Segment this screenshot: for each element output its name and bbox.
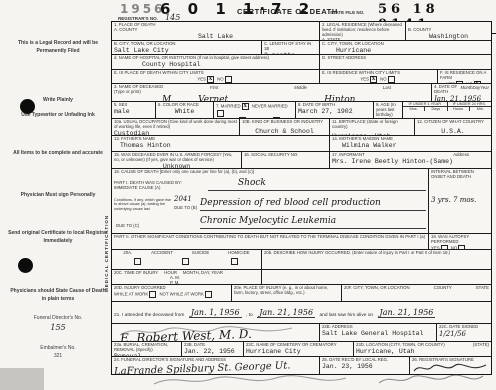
hole-punch-icon bbox=[20, 99, 35, 114]
field-industry: 10b. KIND OF BUSINESS OR INDUSTRY Church… bbox=[240, 119, 330, 135]
field-attendance-statement: 21. I attended the deceased from Jan. 1,… bbox=[112, 302, 491, 323]
under-24-hrs-header: IF UNDER 24 HRS. bbox=[448, 102, 492, 106]
statement-seg1: 21. I attended the deceased from bbox=[114, 313, 184, 318]
yes-label: YES bbox=[431, 246, 440, 249]
field-part2-conditions: PART II. OTHER SIGNIFICANT CONDITIONS CO… bbox=[112, 234, 429, 249]
funeral-director-no-label: Funeral Director's No. bbox=[34, 315, 82, 321]
medical-certification-strip: MEDICAL CERTIFICATION bbox=[104, 215, 109, 292]
field-physician-address: 22b. ADDRESS Salt Lake General Hospital bbox=[320, 324, 437, 341]
scan-corner-artifact bbox=[0, 368, 44, 390]
certificate-form: 1. PLACE OF DEATH a. COUNTY Salt Lake 2.… bbox=[111, 21, 492, 375]
attended-from-value: Jan. 1, 1956 bbox=[189, 308, 242, 318]
citizenship-value: U.S.A. bbox=[417, 128, 489, 135]
under-1-year-header: IF UNDER 1 YEAR bbox=[403, 102, 448, 106]
burial-date-value: Jan. 22, 1956 bbox=[184, 348, 241, 355]
field-street-address: d. STREET ADDRESS bbox=[320, 55, 491, 69]
occupation-value: Custodian bbox=[114, 130, 237, 135]
residence-city-value: Hurricane bbox=[336, 47, 489, 54]
statement-seg2: , to bbox=[246, 313, 253, 318]
burial-location-value: Hurricane, Utah bbox=[356, 348, 489, 355]
mother-name-value: Wilmina Walker bbox=[342, 142, 489, 149]
residence-farm-boxes: YES NOX bbox=[440, 81, 489, 83]
attended-to-value: Jan. 21, 1956 bbox=[257, 308, 315, 318]
field-birthplace: 11. BIRTHPLACE (State or foreign country… bbox=[330, 119, 415, 135]
birthplace-label: 11. BIRTHPLACE (State or foreign country… bbox=[332, 120, 412, 130]
name-label: 3. NAME OF DECEASED (Type or print) bbox=[114, 85, 172, 95]
field-residence-county: b. COUNTY Washington bbox=[406, 22, 491, 40]
armed-forces-label: 15. WAS DECEASED EVER IN U.S. ARMED FORC… bbox=[114, 153, 239, 163]
accident-checkbox bbox=[134, 258, 141, 265]
race-value: White bbox=[158, 108, 211, 115]
bottom-signature-scribble bbox=[150, 374, 350, 388]
field-death-city: b. CITY, TOWN, OR LOCATION Salt Lake Cit… bbox=[112, 41, 262, 54]
accident-label: ACCIDENT bbox=[151, 251, 173, 256]
yes-checkbox: X bbox=[207, 76, 214, 83]
residence-state-label: a. STATE bbox=[322, 38, 403, 40]
cemetery-value: Hurricane City bbox=[246, 348, 351, 355]
burial-state-label: (State) bbox=[473, 343, 489, 348]
burial-type-label: 23a. BURIAL, CREMATION, REMOVAL (Specify… bbox=[114, 343, 179, 353]
marital-line2: WIDOWED DIVORCED bbox=[216, 117, 293, 118]
field-burial-date: 23b. DATE Jan. 22, 1956 bbox=[182, 342, 244, 356]
death-certificate-scan: { "hdr": { "stamp_faint": "1956", "stamp… bbox=[0, 0, 496, 390]
death-city-value: Salt Lake City bbox=[114, 47, 259, 54]
field-funeral-director-signature: 24. FUNERAL DIRECTOR'S SIGNATURE AND ADD… bbox=[112, 357, 320, 374]
place-of-injury-label: 20e. PLACE OF INJURY (e. g., in or about… bbox=[234, 286, 339, 296]
cause-code-value: 2041 bbox=[174, 195, 192, 203]
industry-label: 10b. KIND OF BUSINESS OR INDUSTRY bbox=[242, 120, 327, 125]
yes-label: YES bbox=[446, 82, 455, 83]
hospital-value: County Hospital bbox=[142, 61, 317, 68]
statement-seg3: and last saw him alive on bbox=[319, 313, 373, 318]
immediate-cause-label: IMMEDIATE CAUSE (a) bbox=[114, 186, 206, 191]
citizenship-label: 12. CITIZEN OF WHAT COUNTRY bbox=[417, 120, 489, 125]
field-cause-of-death: 18. CAUSE OF DEATH [Enter only one cause… bbox=[112, 169, 429, 233]
state-file-no-label: STATE FILE NO. bbox=[330, 10, 364, 15]
never-married-checkbox bbox=[217, 110, 224, 117]
field-citizenship: 12. CITIZEN OF WHAT COUNTRY U.S.A. bbox=[415, 119, 491, 135]
last-name-value: Hinton bbox=[324, 95, 355, 101]
homicide-label: HOMICIDE bbox=[228, 251, 250, 256]
field-place-of-death-county: 1. PLACE OF DEATH a. COUNTY Salt Lake bbox=[112, 22, 320, 40]
conditions-label: Conditions, if any, which gave rise to a… bbox=[114, 198, 172, 211]
not-while-at-work-label: NOT WHILE AT WORK bbox=[159, 292, 203, 297]
due-to-c-label: DUE TO (c) bbox=[116, 224, 198, 229]
birthplace-value: Hurricane, Utah bbox=[332, 133, 412, 135]
field-hospital: d. NAME OF HOSPITAL OR INSTITUTION (If n… bbox=[112, 55, 320, 69]
length-of-stay-value: 2 months bbox=[264, 52, 317, 54]
field-autopsy: 19. WAS AUTOPSY PERFORMED YES NO bbox=[429, 234, 491, 249]
due-to-b-label: DUE TO (b) bbox=[174, 206, 198, 211]
field-informant: 17. INFORMANT Address Mrs. Irene Beetly … bbox=[330, 152, 491, 168]
injury-county-label: COUNTY bbox=[434, 286, 452, 291]
field-burial-type: 23a. BURIAL, CREMATION, REMOVAL (Specify… bbox=[112, 342, 182, 356]
sex-value: male bbox=[114, 108, 153, 115]
field-date-of-birth: 8. DATE OF BIRTH March 27, 1902 bbox=[296, 102, 374, 118]
yes-label: YES bbox=[360, 77, 369, 82]
date-of-death-label: 4. DATE OF DEATH bbox=[434, 85, 459, 95]
field-place-of-injury: 20e. PLACE OF INJURY (e. g., in or about… bbox=[232, 285, 342, 301]
residence-county-value: Washington bbox=[408, 33, 489, 40]
field-race: 6. COLOR OR RACE White bbox=[156, 102, 214, 118]
informant-value: Mrs. Irene Beetly Hinton-(Same) bbox=[332, 158, 489, 165]
field-under-one-year: IF UNDER 1 YEAR IF UNDER 24 HRS. Mos. Da… bbox=[403, 102, 491, 118]
time-of-injury-label: 20c. TIME OF INJURY bbox=[114, 271, 158, 276]
length-of-stay-label: c. LENGTH OF STAY IN 1b bbox=[264, 42, 317, 52]
days-col: Days bbox=[425, 107, 447, 111]
no-checkbox bbox=[225, 76, 232, 83]
field-cemetery: 23c. NAME OF CEMETERY OR CREMATORY Hurri… bbox=[244, 342, 354, 356]
field-armed-forces: 15. WAS DECEASED EVER IN U.S. ARMED FORC… bbox=[112, 152, 242, 168]
part2-label: PART II. OTHER SIGNIFICANT CONDITIONS CO… bbox=[114, 235, 426, 240]
autopsy-label: 19. WAS AUTOPSY PERFORMED bbox=[431, 235, 489, 245]
widowed-checkbox bbox=[239, 117, 246, 118]
embalmer-no-value: 321 bbox=[54, 353, 62, 359]
while-at-work-checkbox bbox=[149, 291, 156, 298]
while-at-work-label: WHILE AT WORK bbox=[114, 292, 148, 297]
informant-address-label: Address bbox=[453, 153, 469, 158]
physician-address-value: Salt Lake General Hospital bbox=[322, 330, 434, 337]
autopsy-yes-checkbox bbox=[441, 245, 448, 249]
field-date-of-death: 4. DATE OF DEATH MonthDayYear Jan. 21, 1… bbox=[432, 84, 491, 101]
item-20a-label: 20a. bbox=[123, 251, 132, 256]
cause-c-value: Chronic Myelocytic Leukemia bbox=[200, 216, 336, 226]
no-checkbox bbox=[388, 76, 395, 83]
field-name-of-deceased: 3. NAME OF DECEASED (Type or print) Firs… bbox=[112, 84, 432, 101]
interval-b-value: 3 yrs. 7 mos. bbox=[431, 196, 489, 204]
funeral-director-no: Funeral Director's No. 155 bbox=[8, 315, 108, 333]
field-time-of-injury: 20c. TIME OF INJURY Hour Month, Day, Yea… bbox=[112, 270, 262, 284]
margin-note-physician-sign: Physician Must sign Personally bbox=[8, 192, 108, 200]
field-ssn: 16. SOCIAL SECURITY NO. bbox=[242, 152, 330, 168]
first-label: First bbox=[210, 85, 218, 95]
hole-punch-icon bbox=[18, 258, 33, 273]
field-death-city-limits: e. IS PLACE OF DEATH WITHIN CITY LIMITS … bbox=[112, 70, 320, 83]
residence-city-limits-boxes: YESX NO bbox=[322, 76, 435, 83]
no-label: NO bbox=[380, 77, 386, 82]
embalmer-no-label: Embalmer's No. bbox=[40, 345, 75, 351]
last-label: Last bbox=[383, 85, 391, 95]
autopsy-no-checkbox bbox=[458, 245, 465, 249]
not-while-at-work-checkbox bbox=[205, 291, 212, 298]
field-residence-city-limits: e. IS RESIDENCE WITHIN CITY LIMITS YESX … bbox=[320, 70, 438, 83]
embalmer-no: Embalmer's No. 321 bbox=[8, 345, 108, 360]
homicide-checkbox bbox=[231, 258, 238, 265]
injury-state-label: STATE bbox=[476, 286, 489, 291]
field-how-injury-occurred: 20b. DESCRIBE HOW INJURY OCCURRED. (Ente… bbox=[262, 250, 491, 269]
cause-a-value: Shock bbox=[238, 178, 266, 188]
month-day-year-label: Month, Day, Year bbox=[183, 271, 223, 276]
death-city-limits-boxes: YESX NO bbox=[114, 76, 317, 83]
county-value: Salt Lake bbox=[114, 33, 317, 40]
yes-checkbox: X bbox=[370, 76, 377, 83]
field-residence-farm: f. IS RESIDENCE ON A FARM YES NOX bbox=[438, 70, 491, 83]
ssn-label: 16. SOCIAL SECURITY NO. bbox=[244, 153, 327, 158]
autopsy-boxes: YES NO bbox=[431, 245, 489, 249]
field-father-name: 13. FATHER'S NAME Thomas Hinton bbox=[112, 136, 330, 151]
margin-note-send-original: Send original Certificate to local Regis… bbox=[8, 230, 108, 245]
field-manner-checkboxes: 20a. ACCIDENT SUICIDE HOMICIDE bbox=[112, 250, 262, 269]
name-prefix-value: M. bbox=[162, 95, 174, 101]
suicide-label: SUICIDE bbox=[192, 251, 209, 256]
no-checkbox: X bbox=[474, 81, 481, 83]
field-physician-signature: E. Robert West, M. D. bbox=[112, 324, 320, 341]
first-name-value: Vernet bbox=[198, 95, 228, 101]
field-residence-state: 2. LEGAL RESIDENCE (Where deceased lived… bbox=[320, 22, 406, 40]
never-married-label: NEVER MARRIED bbox=[252, 104, 288, 109]
date-of-death-value: Jan. 21, 1956 bbox=[434, 95, 489, 101]
injury-city-label: 20f. CITY, TOWN, OR LOCATION bbox=[344, 286, 410, 291]
field-injury-city: 20f. CITY, TOWN, OR LOCATION COUNTY STAT… bbox=[342, 285, 491, 301]
field-injury-occurred: 20d. INJURY OCCURRED WHILE AT WORK NOT W… bbox=[112, 285, 232, 301]
armed-forces-value: Unknown bbox=[114, 163, 239, 168]
no-label: NO bbox=[217, 77, 223, 82]
burial-type-value: Removal bbox=[114, 353, 179, 356]
minutes-col: Min. bbox=[470, 107, 491, 111]
field-date-signed: 22c. DATE SIGNED 1/21/56 bbox=[437, 324, 491, 341]
field-marital-status: 7. MARRIEDX NEVER MARRIED WIDOWED DIVORC… bbox=[214, 102, 296, 118]
how-injury-label: 20b. DESCRIBE HOW INJURY OCCURRED. (Ente… bbox=[264, 251, 489, 256]
field-interval: INTERVAL BETWEEN ONSET AND DEATH 3 yrs. … bbox=[429, 169, 491, 233]
yes-checkbox bbox=[456, 81, 463, 83]
occupation-label: 10a. USUAL OCCUPATION (Give kind of work… bbox=[114, 120, 237, 130]
page-title: CERTIFICATE OF DEATH bbox=[237, 7, 338, 16]
margin-note-complete: All Items to be complete and accurate bbox=[8, 150, 108, 158]
dob-value: March 27, 1902 bbox=[298, 108, 371, 115]
field-time-of-injury-blank bbox=[262, 270, 491, 284]
street-address-label: d. STREET ADDRESS bbox=[322, 56, 489, 61]
suicide-checkbox bbox=[182, 258, 189, 265]
field-residence-city: c. CITY, TOWN, OR LOCATION Hurricane bbox=[320, 41, 491, 54]
field-age: 9. AGE (In years last birthday) 53 bbox=[374, 102, 403, 118]
field-burial-location: 23d. LOCATION (City, town, or county) (S… bbox=[354, 342, 491, 356]
funeral-director-no-value: 155 bbox=[50, 323, 65, 332]
no-label: NO bbox=[466, 82, 472, 83]
field-length-of-stay: c. LENGTH OF STAY IN 1b 2 months bbox=[262, 41, 320, 54]
age-label: 9. AGE (In years last birthday) bbox=[376, 103, 400, 118]
middle-label: Middle bbox=[294, 85, 307, 95]
interval-header: INTERVAL BETWEEN ONSET AND DEATH bbox=[431, 170, 489, 180]
married-label: MARRIED bbox=[221, 104, 241, 109]
no-label: NO bbox=[451, 246, 457, 249]
field-mother-name: 14. MOTHER'S MAIDEN NAME Wilmina Walker bbox=[330, 136, 491, 151]
field-sex: 5. SEX male bbox=[112, 102, 156, 118]
months-col: Mos. bbox=[403, 107, 425, 111]
bottom-right-signature-scribble bbox=[376, 372, 486, 388]
cause-b-value: Depression of red blood cell production bbox=[200, 198, 381, 208]
marital-line1: 7. MARRIEDX NEVER MARRIED bbox=[216, 103, 293, 117]
field-occupation: 10a. USUAL OCCUPATION (Give kind of work… bbox=[112, 119, 240, 135]
residence-farm-label: f. IS RESIDENCE ON A FARM bbox=[440, 71, 489, 81]
date-signed-value: 1/21/56 bbox=[439, 330, 489, 338]
legal-residence-label: 2. LEGAL RESIDENCE (Where deceased lived… bbox=[322, 23, 403, 38]
father-name-value: Thomas Hinton bbox=[120, 142, 327, 149]
margin-note-plain-terms: Physicians should State Cause of Death i… bbox=[8, 288, 108, 303]
margin-note-legal-record: This is a Legal Record and will be Perma… bbox=[8, 40, 108, 55]
divorced-checkbox bbox=[273, 117, 280, 118]
hours-col: Hours bbox=[448, 107, 470, 111]
married-checkbox: X bbox=[242, 103, 249, 110]
pm-label: p. m. bbox=[170, 280, 179, 284]
last-seen-alive-value: Jan. 21, 1956 bbox=[378, 308, 436, 318]
date-received-value: Jan. 23, 1956 bbox=[322, 363, 407, 370]
industry-value: Church & School bbox=[242, 128, 327, 135]
yes-label: YES bbox=[197, 77, 206, 82]
